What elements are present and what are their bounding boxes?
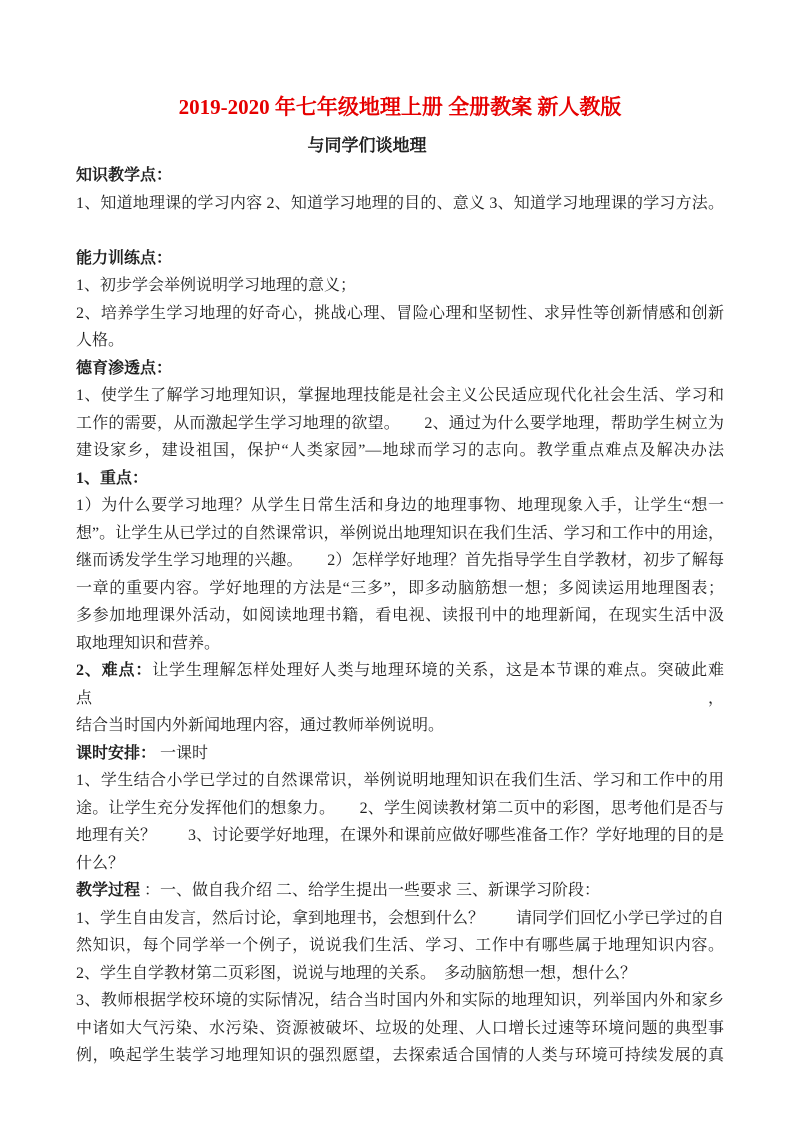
- text-segment: 让学生理解怎样处理好人类与地理环境的关系，这是本节课的难点。突破此难点，: [76, 662, 724, 707]
- text-line: 能力训练点：: [76, 245, 724, 273]
- text-segment: 结合当时国内外新闻地理内容，通过教师举例说明。: [76, 717, 444, 734]
- text-line: 结合当时国内外新闻地理内容，通过教师举例说明。: [76, 712, 724, 740]
- bold-text-segment: 2、难点：: [76, 662, 152, 679]
- text-segment: 工作的需要，从而激起学生学习地理的欲望。 2、通过为什么要学地理，帮助学生树立为: [76, 415, 724, 432]
- document-content: 2019-2020 年七年级地理上册 全册教案 新人教版 与同学们谈地理 知识教…: [76, 92, 724, 1070]
- text-segment: 地理有关？ 3、讨论要学好地理，在课外和课前应做好哪些准备工作？学好地理的目的是: [76, 827, 724, 844]
- text-line: 一章的重要内容。学好地理的方法是“三多”，即多动脑筋想一想；多阅读运用地理图表；: [76, 575, 724, 603]
- text-segment: 例，唤起学生装学习地理知识的强烈愿望，去探索适合国情的人类与环境可持续发展的真: [76, 1047, 724, 1064]
- text-segment: 中诸如大气污染、水污染、资源被破坏、垃圾的处理、人口增长过速等环境问题的典型事: [76, 1020, 724, 1037]
- text-segment: 3、教师根据学校环境的实际情况，结合当时国内外和实际的地理知识，列举国内外和家乡: [76, 992, 724, 1009]
- text-line: 2、学生自学教材第二页彩图，说说与地理的关系。 多动脑筋想一想，想什么？: [76, 960, 724, 988]
- text-segment: 取地理知识和营养。: [76, 635, 220, 652]
- text-line: 多参加地理课外活动，如阅读地理书籍，看电视、读报刊中的地理新闻，在现实生活中汲: [76, 602, 724, 630]
- text-segment: 一章的重要内容。学好地理的方法是“三多”，即多动脑筋想一想；多阅读运用地理图表；: [76, 580, 724, 597]
- text-line: 教学过程 ：一、做自我介绍 二、给学生提出一些要求 三、新课学习阶段：: [76, 877, 724, 905]
- document-subtitle: 与同学们谈地理: [76, 134, 658, 158]
- text-line: 1、学生结合小学已学过的自然课常识，举例说明地理知识在我们生活、学习和工作中的用: [76, 767, 724, 795]
- text-segment: 什么？: [76, 855, 124, 872]
- text-line: 德育渗透点：: [76, 355, 724, 383]
- text-line: 继而诱发学生学习地理的兴趣。 2）怎样学好地理？首先指导学生自学教材，初步了解每: [76, 547, 724, 575]
- text-line: 1、初步学会举例说明学习地理的意义；: [76, 272, 724, 300]
- text-segment: 一课时: [156, 745, 208, 762]
- text-segment: 继而诱发学生学习地理的兴趣。 2）怎样学好地理？首先指导学生自学教材，初步了解每: [76, 552, 724, 569]
- text-segment: 1、初步学会举例说明学习地理的意义；: [76, 277, 356, 294]
- bold-text-segment: 教学过程: [76, 882, 144, 899]
- text-line: 1、重点：: [76, 465, 724, 493]
- text-line: 地理有关？ 3、讨论要学好地理，在课外和课前应做好哪些准备工作？学好地理的目的是: [76, 822, 724, 850]
- text-segment: 2、培养学生学习地理的好奇心，挑战心理、冒险心理和坚韧性、求异性等创新情感和创新: [76, 305, 724, 322]
- text-line: 想”。让学生从已学过的自然课常识，举例说出地理知识在我们生活、学习和工作中的用途…: [76, 520, 724, 548]
- document-title: 2019-2020 年七年级地理上册 全册教案 新人教版: [76, 92, 724, 122]
- blank-line: [76, 217, 724, 245]
- text-segment: 1）为什么要学习地理？从学生日常生活和身边的地理事物、地理现象入手，让学生“想一: [76, 497, 724, 514]
- text-segment: 1、学生结合小学已学过的自然课常识，举例说明地理知识在我们生活、学习和工作中的用: [76, 772, 724, 789]
- text-line: 知识教学点：: [76, 162, 724, 190]
- text-line: 2、难点：让学生理解怎样处理好人类与地理环境的关系，这是本节课的难点。突破此难点…: [76, 657, 724, 712]
- text-segment: ：一、做自我介绍 二、给学生提出一些要求 三、新课学习阶段：: [144, 882, 600, 899]
- bold-text-segment: 知识教学点：: [76, 167, 172, 184]
- document-page: 2019-2020 年七年级地理上册 全册教案 新人教版 与同学们谈地理 知识教…: [0, 0, 800, 1131]
- text-line: 什么？: [76, 850, 724, 878]
- text-line: 例，唤起学生装学习地理知识的强烈愿望，去探索适合国情的人类与环境可持续发展的真: [76, 1042, 724, 1070]
- text-line: 然知识，每个同学举一个例子，说说我们生活、学习、工作中有哪些属于地理知识内容。: [76, 932, 724, 960]
- bold-text-segment: 德育渗透点：: [76, 360, 172, 377]
- text-line: 1、使学生了解学习地理知识，掌握地理技能是社会主义公民适应现代化社会生活、学习和: [76, 382, 724, 410]
- text-segment: 1、使学生了解学习地理知识，掌握地理技能是社会主义公民适应现代化社会生活、学习和: [76, 387, 724, 404]
- text-segment: 1、知道地理课的学习内容 2、知道学习地理的目的、意义 3、知道学习地理课的学习…: [76, 195, 724, 212]
- text-segment: 多参加地理课外活动，如阅读地理书籍，看电视、读报刊中的地理新闻，在现实生活中汲: [76, 607, 724, 624]
- document-body: 知识教学点：1、知道地理课的学习内容 2、知道学习地理的目的、意义 3、知道学习…: [76, 162, 724, 1070]
- bold-text-segment: 课时安排：: [76, 745, 156, 762]
- text-line: 取地理知识和营养。: [76, 630, 724, 658]
- text-line: 途。让学生充分发挥他们的想象力。 2、学生阅读教材第二页中的彩图，思考他们是否与: [76, 795, 724, 823]
- text-line: 1、知道地理课的学习内容 2、知道学习地理的目的、意义 3、知道学习地理课的学习…: [76, 190, 724, 218]
- text-segment: 想”。让学生从已学过的自然课常识，举例说出地理知识在我们生活、学习和工作中的用途…: [76, 525, 724, 542]
- text-segment: 建设家乡，建设祖国，保护“人类家园”—地球而学习的志向。教学重点难点及解决办法: [76, 442, 724, 459]
- text-line: 课时安排： 一课时: [76, 740, 724, 768]
- text-line: 人格。: [76, 327, 724, 355]
- bold-text-segment: 能力训练点：: [76, 250, 172, 267]
- text-line: 中诸如大气污染、水污染、资源被破坏、垃圾的处理、人口增长过速等环境问题的典型事: [76, 1015, 724, 1043]
- text-line: 工作的需要，从而激起学生学习地理的欲望。 2、通过为什么要学地理，帮助学生树立为: [76, 410, 724, 438]
- text-segment: 2、学生自学教材第二页彩图，说说与地理的关系。 多动脑筋想一想，想什么？: [76, 965, 636, 982]
- text-line: 1、学生自由发言，然后讨论，拿到地理书，会想到什么？ 请同学们回忆小学已学过的自: [76, 905, 724, 933]
- text-segment: 然知识，每个同学举一个例子，说说我们生活、学习、工作中有哪些属于地理知识内容。: [76, 937, 724, 954]
- text-segment: 途。让学生充分发挥他们的想象力。 2、学生阅读教材第二页中的彩图，思考他们是否与: [76, 800, 724, 817]
- text-segment: 人格。: [76, 332, 124, 349]
- text-line: 2、培养学生学习地理的好奇心，挑战心理、冒险心理和坚韧性、求异性等创新情感和创新: [76, 300, 724, 328]
- bold-text-segment: 1、重点：: [76, 470, 148, 487]
- text-line: 1）为什么要学习地理？从学生日常生活和身边的地理事物、地理现象入手，让学生“想一: [76, 492, 724, 520]
- text-line: 建设家乡，建设祖国，保护“人类家园”—地球而学习的志向。教学重点难点及解决办法: [76, 437, 724, 465]
- text-segment: 1、学生自由发言，然后讨论，拿到地理书，会想到什么？ 请同学们回忆小学已学过的自: [76, 910, 724, 927]
- text-line: 3、教师根据学校环境的实际情况，结合当时国内外和实际的地理知识，列举国内外和家乡: [76, 987, 724, 1015]
